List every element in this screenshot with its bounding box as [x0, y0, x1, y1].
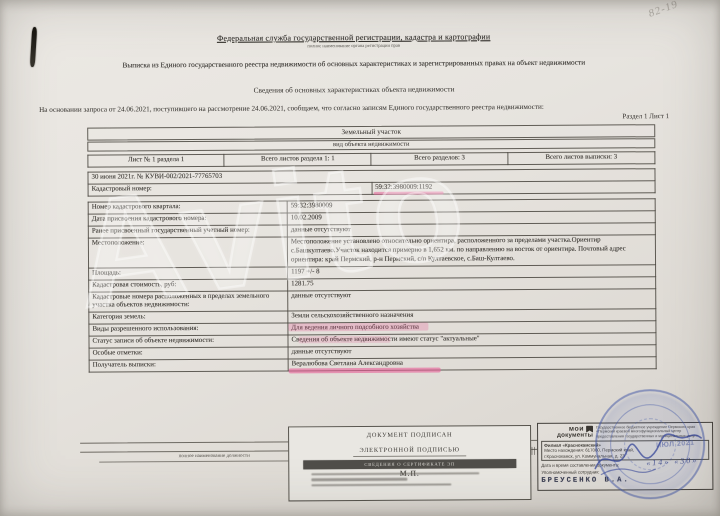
sheet-cell: Всего листов раздела 1: 1: [224, 153, 371, 166]
certificate-text-bar: [311, 483, 451, 486]
sheet-cell: Всего разделов: 3: [371, 153, 507, 166]
cadastral-number-label: Кадастровый номер:: [88, 182, 372, 196]
sheet-cell: Всего листов выписки: 3: [508, 152, 655, 165]
e-signature-stamp: ДОКУМЕНТ ПОДПИСАН ЭЛЕКТРОННОЙ ПОДПИСЬЮ С…: [288, 425, 531, 501]
pink-highlight-mark: [289, 368, 441, 373]
logo-word: документы: [541, 433, 593, 440]
table-row: Получатель выписки: Вералюбова Светлана …: [89, 357, 656, 372]
cadastral-number-value: 59:32:3980009:1192: [372, 180, 656, 194]
certificate-info-lines: М.П.: [311, 472, 508, 487]
attributes-table-area: Земельный участок вид объекта недвижимос…: [87, 124, 656, 373]
esign-line1: ДОКУМЕНТ ПОДПИСАН: [289, 431, 530, 439]
sheet-cell: Лист № 1 раздела 1: [88, 154, 224, 167]
handwritten-signature: [587, 416, 711, 481]
pink-highlight-mark: [373, 191, 443, 195]
section-title: Сведения об основных характеристиках объ…: [39, 83, 669, 96]
cadastral-block: 30 июня 2021г. № КУВИ-002/2021-77765703 …: [87, 168, 655, 196]
scanned-document-photo: Федеральная служба государственной регис…: [0, 0, 720, 516]
section-page-label: Раздел 1 Лист 1: [39, 112, 669, 124]
esign-line2: ЭЛЕКТРОННОЙ ПОДПИСЬЮ: [354, 446, 466, 456]
document-header: Федеральная служба государственной регис…: [39, 31, 670, 124]
main-attributes-table: Номер кадастрового квартала:59:32:398000…: [88, 198, 657, 373]
document-content: Федеральная служба государственной регис…: [0, 0, 720, 516]
document-title: Выписка из Единого государственного реес…: [39, 57, 669, 70]
certificate-text-bar: [311, 478, 407, 481]
sheet-info-row: Лист № 1 раздела 1 Всего листов раздела …: [87, 151, 655, 167]
object-type-caption: вид объекта недвижимости: [87, 138, 655, 152]
moi-dokumenty-logo: мои документы: [541, 426, 593, 440]
table-row: Местоположение:Местоположение установлен…: [88, 234, 655, 267]
